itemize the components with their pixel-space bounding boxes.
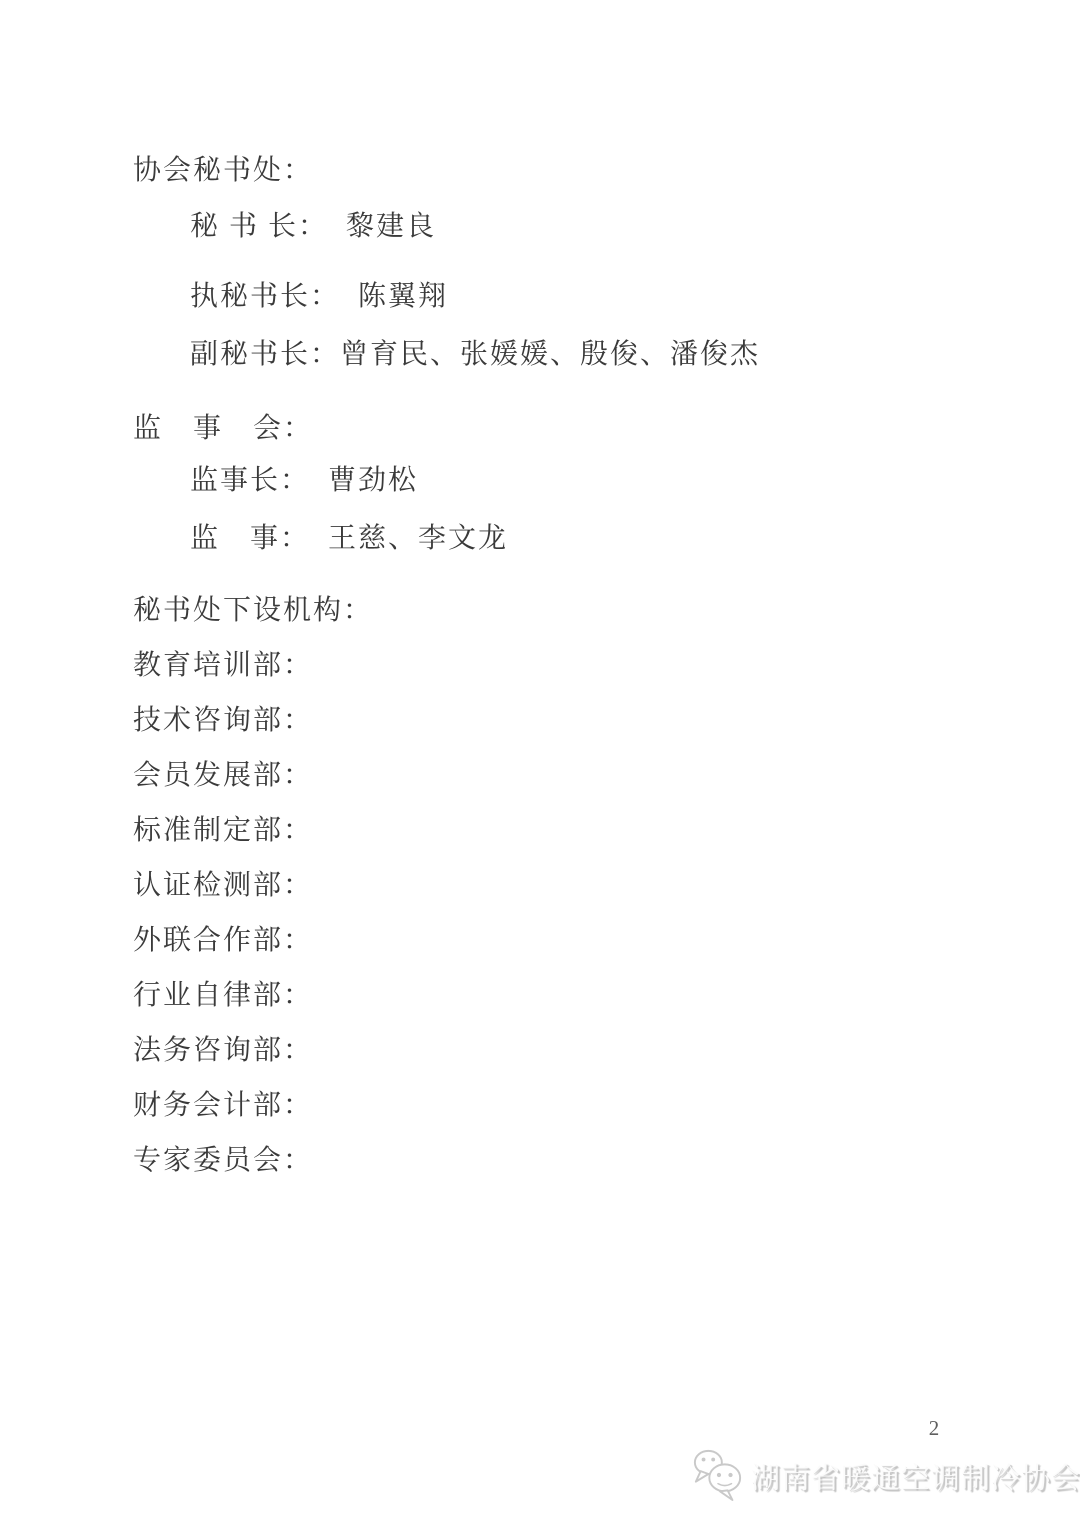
doc-line: 副秘书长：曾育民、张媛媛、殷俊、潘俊杰 <box>190 340 760 370</box>
doc-line: 会员发展部： <box>133 761 313 791</box>
doc-line: 标准制定部： <box>133 816 313 846</box>
doc-line: 外联合作部： <box>133 926 313 956</box>
watermark-text: 湖南省暖通空调制冷协会 <box>751 1456 1080 1497</box>
watermark: 湖南省暖通空调制冷协会 <box>692 1446 1080 1507</box>
page-number: 2 <box>912 1416 956 1441</box>
doc-line: 法务咨询部： <box>133 1036 313 1066</box>
wechat-icon <box>692 1446 744 1507</box>
doc-line: 财务会计部： <box>133 1091 313 1121</box>
doc-line: 秘 书 长： 黎建良 <box>190 212 436 242</box>
doc-line: 秘书处下设机构： <box>133 596 373 626</box>
doc-line: 执秘书长： 陈翼翔 <box>190 282 448 312</box>
doc-line: 协会秘书处： <box>133 156 313 186</box>
doc-line: 行业自律部： <box>133 981 313 1011</box>
doc-line: 监事长： 曹劲松 <box>190 466 418 496</box>
doc-line: 监 事 会： <box>133 414 313 444</box>
doc-line: 监 事： 王慈、李文龙 <box>190 524 508 554</box>
doc-line: 认证检测部： <box>133 871 313 901</box>
document-page: 协会秘书处：秘 书 长： 黎建良执秘书长： 陈翼翔副秘书长：曾育民、张媛媛、殷俊… <box>0 0 1080 1526</box>
doc-line: 技术咨询部： <box>133 706 313 736</box>
doc-line: 教育培训部： <box>133 651 313 681</box>
doc-line: 专家委员会： <box>133 1146 313 1176</box>
